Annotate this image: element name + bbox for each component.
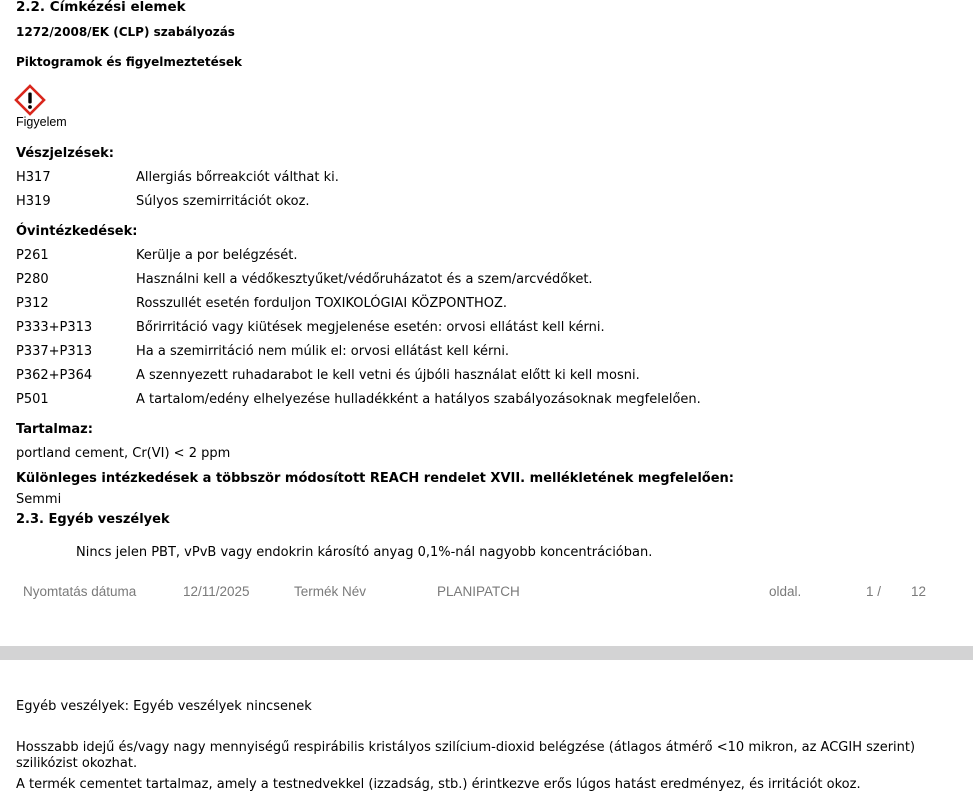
- statement-text: Bőrirritáció vagy kiütések megjelenése e…: [136, 320, 605, 335]
- statement-row: P261Kerülje a por belégzését.: [0, 248, 973, 266]
- signal-word: Figyelem: [16, 115, 67, 129]
- pictograms-heading: Piktogramok és figyelmeztetések: [16, 55, 242, 69]
- page-separator: [0, 646, 973, 660]
- statement-text: Rosszullét esetén forduljon TOXIKOLÓGIAI…: [136, 296, 507, 311]
- statement-code: P312: [16, 296, 49, 311]
- statement-text: Ha a szemirritáció nem múlik el: orvosi …: [136, 344, 509, 359]
- regulation-heading: 1272/2008/EK (CLP) szabályozás: [16, 25, 235, 39]
- statement-text: Súlyos szemirritációt okoz.: [136, 194, 310, 209]
- product-name: PLANIPATCH: [437, 584, 520, 599]
- statement-row: P362+P364A szennyezett ruhadarabot le ke…: [0, 368, 973, 386]
- silica-warning-line-1: Hosszabb idejű és/vagy nagy mennyiségű r…: [16, 740, 915, 755]
- print-date: 12/11/2025: [183, 584, 250, 599]
- statement-text: Használni kell a védőkesztyűket/védőruhá…: [136, 272, 593, 287]
- statement-row: P337+P313Ha a szemirritáció nem múlik el…: [0, 344, 973, 362]
- statement-row: P312Rosszullét esetén forduljon TOXIKOLÓ…: [0, 296, 973, 314]
- statement-text: Kerülje a por belégzését.: [136, 248, 298, 263]
- print-date-label: Nyomtatás dátuma: [23, 584, 136, 599]
- statement-code: P261: [16, 248, 49, 263]
- contains-value: portland cement, Cr(VI) < 2 ppm: [16, 446, 230, 461]
- ghs-exclamation-mark-icon: [14, 84, 46, 116]
- statement-row: P333+P313Bőrirritáció vagy kiütések megj…: [0, 320, 973, 338]
- statement-code: P501: [16, 392, 49, 407]
- page-total: 12: [911, 584, 926, 599]
- cement-warning: A termék cementet tartalmaz, amely a tes…: [16, 777, 861, 792]
- statement-text: A tartalom/edény elhelyezése hulladékkén…: [136, 392, 701, 407]
- statement-row: P501A tartalom/edény elhelyezése hulladé…: [0, 392, 973, 410]
- pbt-statement: Nincs jelen PBT, vPvB vagy endokrin káro…: [76, 545, 652, 560]
- reach-value: Semmi: [16, 492, 61, 507]
- statement-row: P280Használni kell a védőkesztyűket/védő…: [0, 272, 973, 290]
- product-name-label: Termék Név: [294, 584, 366, 599]
- section-22-title: 2.2. Címkézési elemek: [16, 0, 186, 15]
- statement-row: H317Allergiás bőrreakciót válthat ki.: [0, 170, 973, 188]
- statement-text: A szennyezett ruhadarabot le kell vetni …: [136, 368, 640, 383]
- statement-row: H319Súlyos szemirritációt okoz.: [0, 194, 973, 212]
- page-label: oldal.: [769, 584, 801, 599]
- silica-warning-line-2: szilikózist okozhat.: [16, 756, 137, 771]
- statement-text: Allergiás bőrreakciót válthat ki.: [136, 170, 339, 185]
- statement-code: H319: [16, 194, 51, 209]
- statement-code: P280: [16, 272, 49, 287]
- page-current: 1 /: [866, 584, 881, 599]
- statement-code: P333+P313: [16, 320, 92, 335]
- contains-heading: Tartalmaz:: [16, 422, 93, 437]
- other-hazards-text: Egyéb veszélyek: Egyéb veszélyek nincsen…: [16, 699, 312, 714]
- statement-code: P362+P364: [16, 368, 92, 383]
- reach-heading: Különleges intézkedések a többször módos…: [16, 471, 734, 486]
- statement-code: H317: [16, 170, 51, 185]
- section-23-title: 2.3. Egyéb veszélyek: [16, 512, 170, 527]
- statement-code: P337+P313: [16, 344, 92, 359]
- precautionary-statements-heading: Óvintézkedések:: [16, 224, 137, 239]
- hazard-statements-heading: Vészjelzések:: [16, 146, 114, 161]
